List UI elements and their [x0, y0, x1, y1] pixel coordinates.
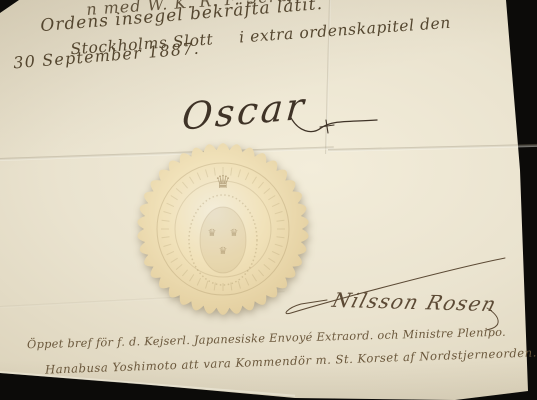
svg-text:♛: ♛	[208, 228, 217, 239]
svg-text:♛: ♛	[219, 246, 228, 257]
embossed-seal-graphic: ♛♛♛♛	[136, 142, 310, 316]
svg-text:♛: ♛	[215, 172, 231, 193]
embossed-seal: ♛♛♛♛	[136, 142, 310, 316]
svg-text:♛: ♛	[230, 228, 239, 239]
word-gap	[214, 42, 240, 44]
countersignature-rosen: Nilsson Rosen	[330, 288, 500, 316]
document-photo: n med W. K. R. F. Serafimer- Ordens inse…	[0, 0, 537, 400]
